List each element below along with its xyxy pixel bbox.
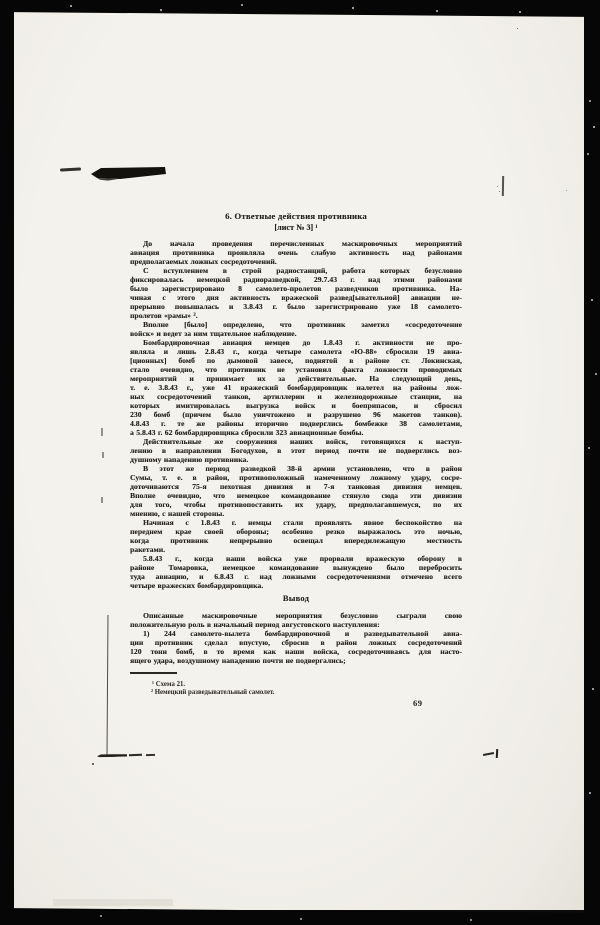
text-line: 5.8.43 г., когда наши войска уже прорвал… xyxy=(130,554,462,563)
text-line: В этот же период разведкой 38-й армии ус… xyxy=(130,464,462,473)
text-line: предполагаемых ложных сосредоточений. xyxy=(130,257,462,266)
page-number: 69 xyxy=(413,698,423,708)
paragraph: Описанные маскировочные мероприятия безу… xyxy=(130,611,462,629)
paragraph: Действительные же сооружения наших войск… xyxy=(130,437,462,464)
speck xyxy=(595,373,597,375)
speck xyxy=(436,10,438,12)
text-line: положительную роль в начальный период ав… xyxy=(130,620,462,629)
speck xyxy=(100,915,102,917)
text-line: ящего удара, воздушному нападению почти … xyxy=(130,656,462,665)
text-line: 1) 244 самолето-вылета бомбардировочной … xyxy=(130,629,462,638)
speck xyxy=(591,299,593,301)
paragraph: 5.8.43 г., когда наши войска уже прорвал… xyxy=(130,554,462,590)
text-line: прерывно повышалась и 3.8.43 г. было зар… xyxy=(130,302,462,311)
text-line: районе Томаровка, немецкое командование … xyxy=(130,563,462,572)
text-column: 6. Ответные действия противника [лист № … xyxy=(130,212,462,665)
text-line: чиная с этого дня активность вражеской р… xyxy=(130,293,462,302)
text-line: переднем крае своей обороны; особенно ре… xyxy=(130,527,462,536)
text-line: ции противник сделал впустую, сбросив в … xyxy=(130,638,462,647)
text-line: когда противник непрерывно освещал впере… xyxy=(130,536,462,545)
text-line: Вполне [было] определено, что противник … xyxy=(130,320,462,329)
text-line: Начиная с 1.8.43 г. немцы стали проявлят… xyxy=(130,518,462,527)
text-line: 120 тонн бомб, в то время как наши войск… xyxy=(130,647,462,656)
footnote-rule xyxy=(130,672,177,674)
text-line: пролетов «рамы» ². xyxy=(130,311,462,320)
speck xyxy=(241,4,243,6)
text-line: фиксировалась немецкой радиоразведкой, 2… xyxy=(130,275,462,284)
text-line: ракетами. xyxy=(130,545,462,554)
text-line: для того, чтобы противопоставить их удар… xyxy=(130,500,462,509)
margin-tick-mark xyxy=(101,428,103,436)
speck xyxy=(589,792,591,794)
text-line: 4.8.43 г. те же районы вторично подвергл… xyxy=(130,419,462,428)
pencil-underline-mark xyxy=(97,754,127,758)
section-heading: 6. Ответные действия противника xyxy=(130,212,462,221)
text-line: Вполне очевидно, что немецкое командован… xyxy=(130,491,462,500)
pencil-underline-mark xyxy=(129,754,142,756)
paragraph: Вполне [было] определено, что противник … xyxy=(130,320,462,338)
text-line: Сумы, т. е. в район, противоположный нам… xyxy=(130,473,462,482)
speck xyxy=(300,918,302,920)
speck xyxy=(587,153,589,155)
margin-tick-mark xyxy=(101,497,103,503)
sheet-reference: [лист № 3] ¹ xyxy=(130,223,462,232)
text-line: лению в направлении Богодухов, в этот пе… xyxy=(130,446,462,455)
body-text-before-conclusion: До начала проведения перечисленных маски… xyxy=(130,239,462,590)
pencil-line-mark xyxy=(107,615,109,755)
scan-border-left xyxy=(0,0,14,925)
text-line: мероприятий и принимает их за действител… xyxy=(130,374,462,383)
scan-border-right xyxy=(584,0,600,925)
speck xyxy=(470,919,472,921)
speck xyxy=(588,447,590,449)
footnote: ¹ Схема 21. xyxy=(152,681,185,689)
text-line: мнению, с нашей стороны. xyxy=(130,509,462,518)
body-text-after-conclusion: Описанные маскировочные мероприятия безу… xyxy=(130,611,462,665)
scribble-mark xyxy=(483,752,494,756)
paragraph: С вступлением в строй радиостанций, рабо… xyxy=(130,266,462,320)
text-line: войск» и ведет за ним тщательное наблюде… xyxy=(130,329,462,338)
pencil-dot-mark xyxy=(92,763,94,765)
speck xyxy=(497,186,498,187)
speck xyxy=(160,9,162,11)
speck xyxy=(70,5,72,7)
text-line: 230 бомб (причем было уничтожено и разру… xyxy=(130,410,462,419)
speck xyxy=(517,28,518,29)
text-line: Действительные же сооружения наших войск… xyxy=(130,437,462,446)
text-line: доточиваются 75-я пехотная дивизия и 7-я… xyxy=(130,482,462,491)
text-line: стало очевидно, что противник не установ… xyxy=(130,365,462,374)
text-line: авиация противника проявляла очень слабу… xyxy=(130,248,462,257)
book-scan: 6. Ответные действия противника [лист № … xyxy=(0,0,600,925)
text-line: ных сосредоточений танков, артиллерии и … xyxy=(130,392,462,401)
text-line: [ционных] бомб по дымовой завесе, поднят… xyxy=(130,356,462,365)
text-line: Бомбардировочная авиация немцев до 1.8.4… xyxy=(130,338,462,347)
text-line: туда авиацию, и 6.8.43 г. над ложными со… xyxy=(130,572,462,581)
speck xyxy=(352,7,354,9)
text-line: душному нападению противника. xyxy=(130,455,462,464)
text-line: которых имитировалась выгрузка войск и б… xyxy=(130,401,462,410)
text-line: было зарегистрировано 8 самолето-пролето… xyxy=(130,284,462,293)
margin-tick-mark xyxy=(102,452,104,458)
text-line: четыре вражеских бомбардировщика. xyxy=(130,581,462,590)
conclusion-heading: Вывод xyxy=(130,594,462,603)
text-line: С вступлением в строй радиостанций, рабо… xyxy=(130,266,462,275)
paragraph: В этот же период разведкой 38-й армии ус… xyxy=(130,464,462,518)
paragraph: До начала проведения перечисленных маски… xyxy=(130,239,462,266)
speck xyxy=(519,11,521,13)
text-line: Описанные маскировочные мероприятия безу… xyxy=(130,611,462,620)
text-line: т. е. 3.8.43 г., уже 41 вражеский бомбар… xyxy=(130,383,462,392)
pen-tick-mark xyxy=(502,176,504,196)
speck xyxy=(589,100,591,102)
ink-smudge-mark xyxy=(88,165,166,181)
pencil-underline-mark xyxy=(146,754,155,756)
text-line: а 5.8.43 г. 62 бомбардировщика сбросили … xyxy=(130,428,462,437)
shadow-sliver xyxy=(53,899,173,906)
text-line: До начала проведения перечисленных маски… xyxy=(130,239,462,248)
speck xyxy=(592,688,594,690)
paragraph: Бомбардировочная авиация немцев до 1.8.4… xyxy=(130,338,462,437)
paragraph: 1) 244 самолето-вылета бомбардировочной … xyxy=(130,629,462,665)
speck xyxy=(566,190,567,191)
page: 6. Ответные действия противника [лист № … xyxy=(13,12,585,910)
scribble-mark xyxy=(496,749,498,758)
text-line: являла и лишь 2.8.43 г., когда четыре са… xyxy=(130,347,462,356)
paragraph: Начиная с 1.8.43 г. немцы стали проявлят… xyxy=(130,518,462,554)
footnote: ² Немецкий разведывательный самолет. xyxy=(151,689,275,697)
speck xyxy=(499,191,500,192)
ink-dash-mark xyxy=(60,167,81,171)
